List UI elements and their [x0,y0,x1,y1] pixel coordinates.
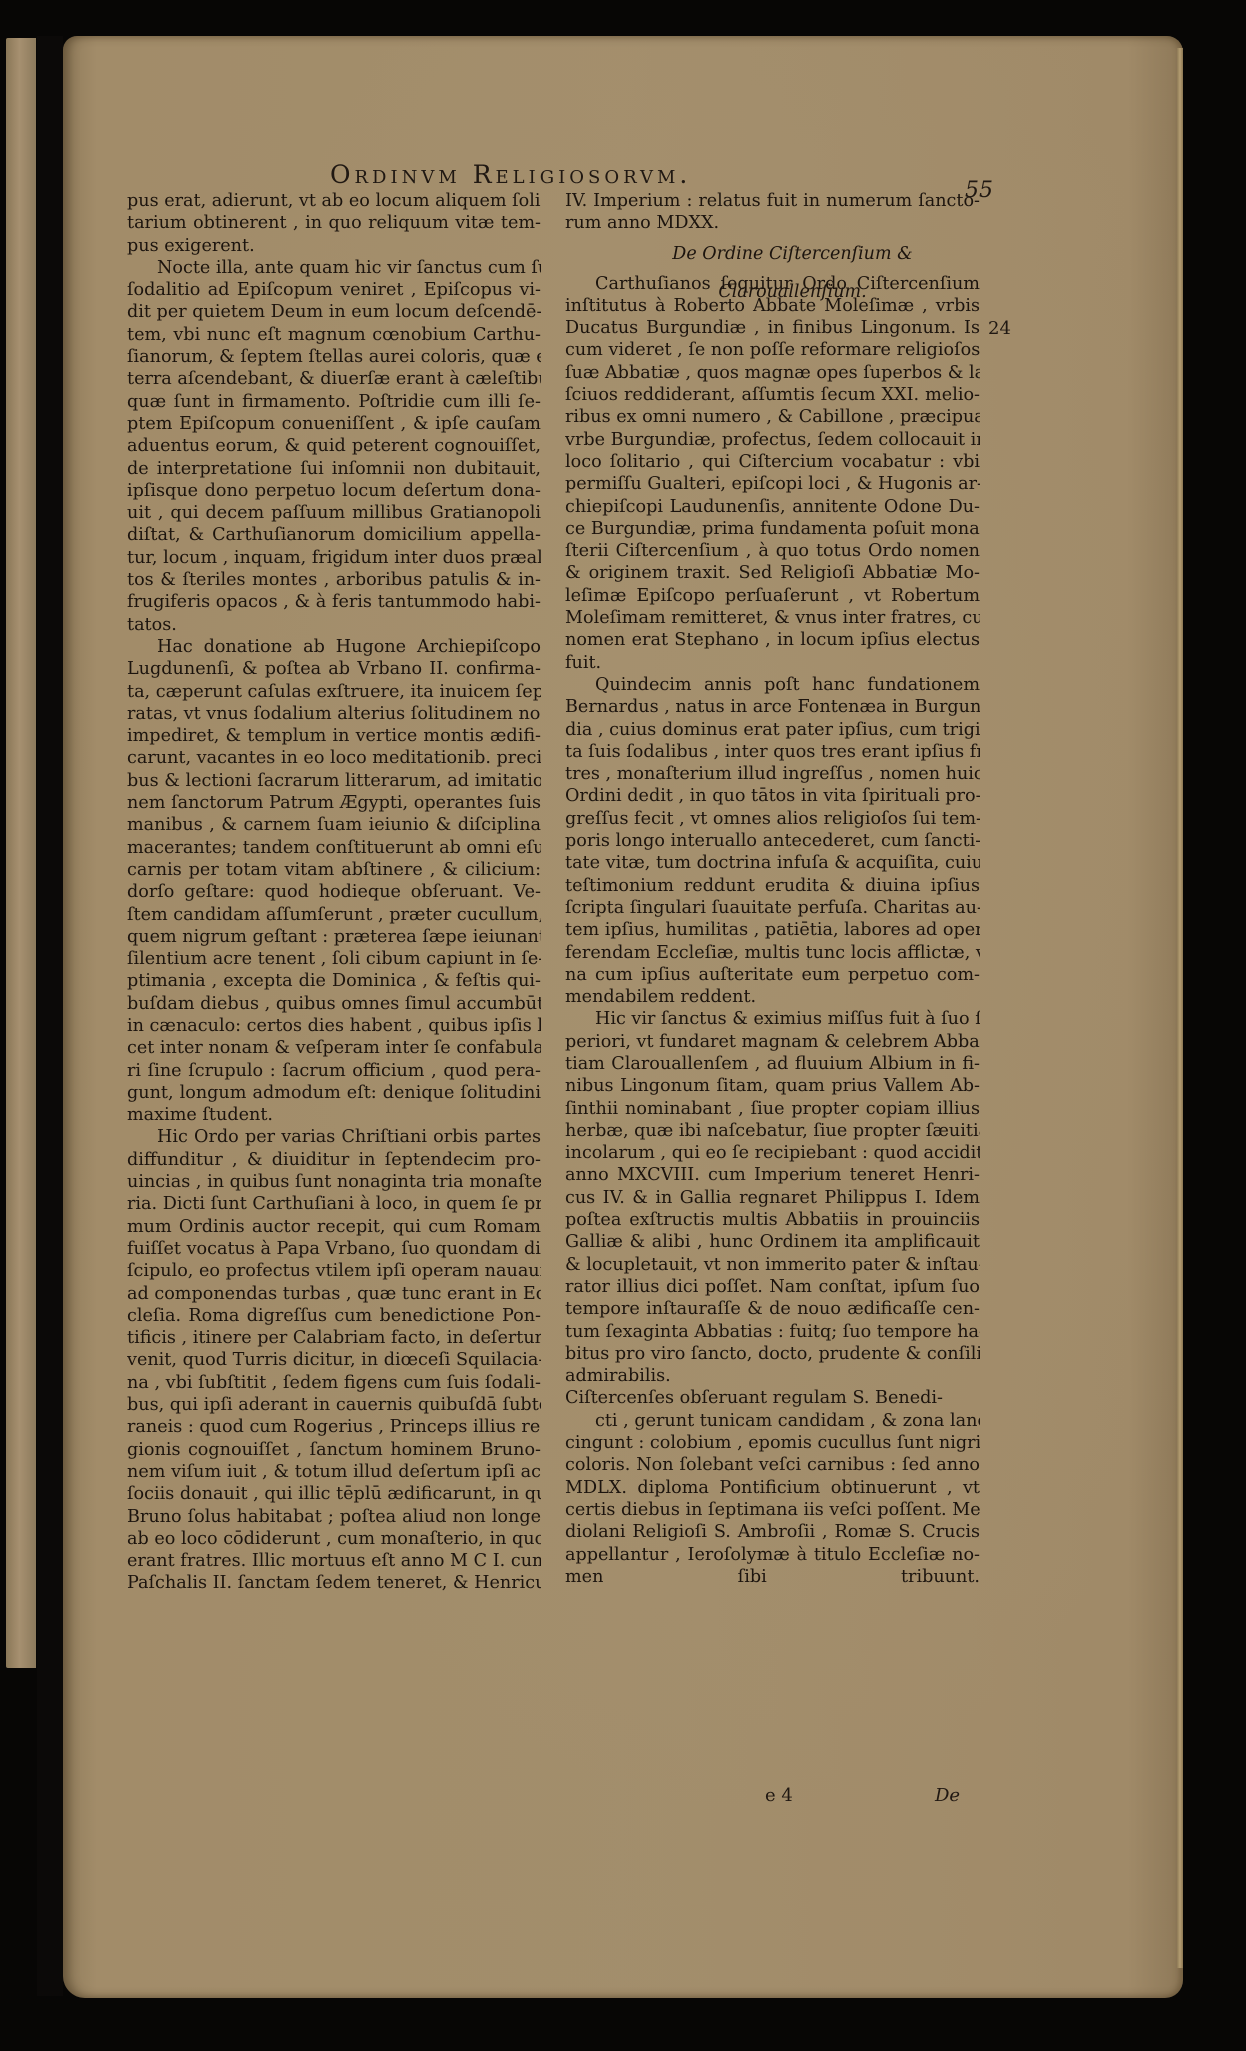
text-line: gunt, longum admodum eſt: denique ſolitu… [127,1082,541,1104]
text-line: periori, vt fundaret magnam & celebrem A… [565,1031,980,1053]
marginal-note: 24 [988,318,1011,339]
text-line: bus & lectioni ſacrarum litterarum, ad i… [127,770,541,792]
right-text-column: IV. Imperium : relatus fuit in numerum ſ… [565,190,980,1588]
text-line: anno MXCVIII. cum Imperium teneret Henri… [565,1164,980,1186]
text-line: mum Ordinis auctor recepit, qui cum Roma… [127,1216,541,1238]
text-line: cleſia. Roma digreſſus cum benedictione … [127,1305,541,1327]
text-line: Quindecim annis poſt hanc fundationem [565,674,980,696]
text-line: Galliæ & alibi , hunc Ordinem ita amplif… [565,1231,980,1253]
text-line: Moleſimam remitteret, & vnus inter fratr… [565,607,980,629]
text-line: Bruno ſolus habitabat ; poſtea aliud non… [127,1506,541,1528]
text-line: terra aſcendebant, & diuerſæ erant à cæl… [127,368,541,390]
text-line: tempore inſtauraſſe & de nouo ædificaſſe… [565,1298,980,1320]
text-line: dorſo geſtare: quod hodieque obſeruant. … [127,881,541,903]
text-line: ferendam Eccleſiæ, multis tunc locis aff… [565,942,980,964]
text-line: impediret, & templum in vertice montis æ… [127,725,541,747]
text-line: herbæ, quæ ibi naſcebatur, ſiue propter … [565,1120,980,1142]
text-line: inſtitutus à Roberto Abbate Moleſimæ , v… [565,295,980,317]
text-line: quem nigrum geſtant : præterea ſæpe ieiu… [127,926,541,948]
text-line: de interpretatione ſui inſomnii non dubi… [127,458,541,480]
text-line: tem, vbi nunc eſt magnum cœnobium Carthu… [127,324,541,346]
text-line: ſinthii nominabant , ſiue propter copiam… [565,1098,980,1120]
text-line: na , vbi ſubſtitit , ſedem figens cum ſu… [127,1372,541,1394]
text-line: bus, qui ipſi aderant in cauernis quibuſ… [127,1394,541,1416]
text-line: rator illius dici poſſet. Nam conſtat, i… [565,1276,980,1298]
text-line: Hac donatione ab Hugone Archiepiſcopo [127,636,541,658]
text-line: Bernardus , natus in arce Fontenæa in Bu… [565,696,980,718]
text-line: admirabilis. [565,1365,980,1387]
text-line: dia , cuius dominus erat pater ipſius, c… [565,719,980,741]
text-line: certis diebus in ſeptimana iis veſci poſ… [565,1499,980,1521]
text-line: erant fratres. Illic mortuus eſt anno M … [127,1550,541,1572]
text-line: ſcripta ſingulari ſuauitate perfuſa. Cha… [565,897,980,919]
text-line: nem viſum iuit , & totum illud deſertum … [127,1461,541,1483]
text-line: ad componendas turbas , quæ tunc erant i… [127,1283,541,1305]
running-head: Ordinvm Religiosorvm. [330,160,691,189]
text-line: loco ſolitario , qui Ciſtercium vocabatu… [565,451,980,473]
text-line: fuit. [565,652,980,674]
facing-page-edge [6,38,36,1668]
text-line: MDLX. diploma Pontificium obtinuerunt , … [565,1477,980,1499]
text-line: cti , gerunt tunicam candidam , & zona l… [565,1410,980,1432]
text-line: frugiferis opacos , & à feris tantummodo… [127,591,541,613]
text-line: diſtat, & Carthuſianorum domicilium appe… [127,524,541,546]
text-line: poris longo interuallo antecederet, cum … [565,830,980,852]
text-line: incolarum , qui eo ſe recipiebant : quod… [565,1142,980,1164]
text-line: & locupletauit, vt non immerito pater & … [565,1254,980,1276]
text-line: Lugdunenſi, & poſtea ab Vrbano II. confi… [127,658,541,680]
text-line: carnis per totam vitam abſtinere , & cil… [127,859,541,881]
text-line: Carthuſianos ſequitur Ordo Ciſtercenſium [565,273,980,295]
text-line: ſtem candidam aſſumſerunt , præter cucul… [127,904,541,926]
text-line: nomen erat Stephano , in locum ipſius el… [565,629,980,651]
text-line: men ſibi tribuunt. [565,1566,980,1588]
text-line: carunt, vacantes in eo loco meditationib… [127,747,541,769]
text-line: ipſisque dono perpetuo locum deſertum do… [127,480,541,502]
text-line: ce Burgundiæ, prima fundamenta poſuit mo… [565,518,980,540]
text-line: leſimæ Epiſcopo perſuaſerunt , vt Robert… [565,585,980,607]
text-line: cum videret , ſe non poſſe reformare rel… [565,339,980,361]
text-line: maxime ſtudent. [127,1104,541,1126]
text-line: ptimania , excepta die Dominica , & feſt… [127,970,541,992]
text-line: uincias , in quibus ſunt nonaginta tria … [127,1171,541,1193]
text-line: dit per quietem Deum in eum locum deſcen… [127,301,541,323]
text-line: ſodalitio ad Epiſcopum veniret , Epiſcop… [127,279,541,301]
text-line: ria. Dicti ſunt Carthuſiani à loco, in q… [127,1193,541,1215]
text-line: aduentus eorum, & quid peterent cognouiſ… [127,435,541,457]
text-line: tatos. [127,614,541,636]
text-line: Paſchalis II. ſanctam ſedem teneret, & H… [127,1572,541,1594]
text-line: cingunt : colobium , epomis cucullus ſun… [565,1432,980,1454]
text-line: venit, quod Turris dicitur, in diœceſi S… [127,1349,541,1371]
text-line: ſterii Ciſtercenſium , à quo totus Ordo … [565,540,980,562]
text-line: rum anno MDXX. [565,212,980,234]
text-line: cet inter nonam & veſperam inter ſe conf… [127,1037,541,1059]
text-line: tum ſexaginta Abbatias : fuitq; ſuo temp… [565,1321,980,1343]
text-line: vrbe Burgundiæ, profectus, ſedem colloca… [565,429,980,451]
text-line: manibus , & carnem ſuam ieiunio & diſcip… [127,814,541,836]
signature-mark: e 4 [765,1785,793,1806]
text-line: coloris. Non ſolebant veſci carnibus : ſ… [565,1454,980,1476]
text-line: ſuæ Abbatiæ , quos magnæ opes ſuperbos &… [565,362,980,384]
text-line: greſſus fecit , vt omnes alios religioſo… [565,808,980,830]
text-line: tur, locum , inquam, frigidum inter duos… [127,547,541,569]
text-line: tarium obtinerent , in quo reliquum vitæ… [127,212,541,234]
text-line: poſtea exſtructis multis Abbatiis in pro… [565,1209,980,1231]
page-fore-edge [1177,48,1183,1968]
text-line: ta ſuis ſodalibus , inter quos tres eran… [565,741,980,763]
text-line: ribus ex omni numero , & Cabillone , præ… [565,406,980,428]
text-line: in cænaculo: certos dies habent , quibus… [127,1015,541,1037]
text-line: gionis cognouiſſet , ſanctum hominem Bru… [127,1439,541,1461]
text-line: mendabilem reddent. [565,986,980,1008]
text-line: tate vitæ, tum doctrina infuſa & acquiſi… [565,852,980,874]
text-line: bitus pro viro ſancto, docto, prudente &… [565,1343,980,1365]
text-line: ſianorum, & ſeptem ſtellas aurei coloris… [127,346,541,368]
text-line: Hic vir ſanctus & eximius miſſus fuit à … [565,1008,980,1030]
text-line: cus IV. & in Gallia regnaret Philippus I… [565,1187,980,1209]
text-line: ſociis donauit , qui illic tēplū ædifica… [127,1483,541,1505]
left-text-column: pus erat, adierunt, vt ab eo locum aliqu… [127,190,541,1595]
text-line: chiepiſcopi Laudunenſis, annitente Odone… [565,496,980,518]
text-line: pus exigerent. [127,235,541,257]
text-line: quæ ſunt in firmamento. Poſtridie cum il… [127,391,541,413]
book-gutter [37,36,63,1996]
text-line: ſcipulo, eo profectus vtilem ipſi operam… [127,1260,541,1282]
text-line: ratas, vt vnus ſodalium alterius ſolitud… [127,703,541,725]
text-line: Nocte illa, ante quam hic vir ſanctus cu… [127,257,541,279]
text-line: Hic Ordo per varias Chriſtiani orbis par… [127,1126,541,1148]
text-line: & originem traxit. Sed Religioſi Abbatiæ… [565,562,980,584]
text-line: tres , monaſterium illud ingreſſus , nom… [565,763,980,785]
text-line: permiſſu Gualteri, epiſcopi loci , & Hug… [565,473,980,495]
text-line: teſtimonium reddunt erudita & diuina ipſ… [565,875,980,897]
text-line: na cum ipſius auſteritate eum perpetuo c… [565,964,980,986]
text-line: tem ipſius, humilitas , patiētia, labore… [565,919,980,941]
text-line: ta, cæperunt caſulas exſtruere, ita inui… [127,681,541,703]
text-line: Ducatus Burgundiæ , in finibus Lingonum.… [565,317,980,339]
text-line: Ciſtercenſes obſeruant regulam S. Benedi… [565,1387,980,1409]
text-line: tiam Clarouallenſem , ad fluuium Albium … [565,1053,980,1075]
section-heading: De Ordine Ciſtercenſium & Clarouallenſiu… [565,235,980,265]
catchword: De [935,1785,960,1806]
text-line: nibus Lingonum ſitam, quam prius Vallem … [565,1075,980,1097]
text-line: tos & ſteriles montes , arboribus patuli… [127,569,541,591]
text-line: ab eo loco cōdiderunt , cum monaſterio, … [127,1528,541,1550]
text-line: appellantur , Ieroſolymæ à titulo Eccleſ… [565,1544,980,1566]
text-line: ſilentium acre tenent , ſoli cibum capiu… [127,948,541,970]
text-line: ptem Epiſcopum conueniſſent , & ipſe cau… [127,413,541,435]
text-line: raneis : quod cum Rogerius , Princeps il… [127,1416,541,1438]
text-line: fuiſſet vocatus à Papa Vrbano, ſuo quond… [127,1238,541,1260]
text-line: buſdam diebus , quibus omnes ſimul accum… [127,993,541,1015]
text-line: Ordini dedit , in quo tātos in vita ſpir… [565,785,980,807]
text-line: tificis , itinere per Calabriam facto, i… [127,1327,541,1349]
text-line: ſciuos reddiderant, aſſumtis ſecum XXI. … [565,384,980,406]
text-line: uit , qui decem paſſuum millibus Gratian… [127,502,541,524]
text-line: macerantes; tandem conſtituerunt ab omni… [127,837,541,859]
text-line: IV. Imperium : relatus fuit in numerum ſ… [565,190,980,212]
text-line: ri ſine ſcrupulo : ſacrum officium , quo… [127,1060,541,1082]
text-line: diolani Religioſi S. Ambroſii , Romæ S. … [565,1521,980,1543]
text-line: pus erat, adierunt, vt ab eo locum aliqu… [127,190,541,212]
text-line: nem ſanctorum Patrum Ægypti, operantes ſ… [127,792,541,814]
text-line: diffunditur , & diuiditur in ſeptendecim… [127,1149,541,1171]
